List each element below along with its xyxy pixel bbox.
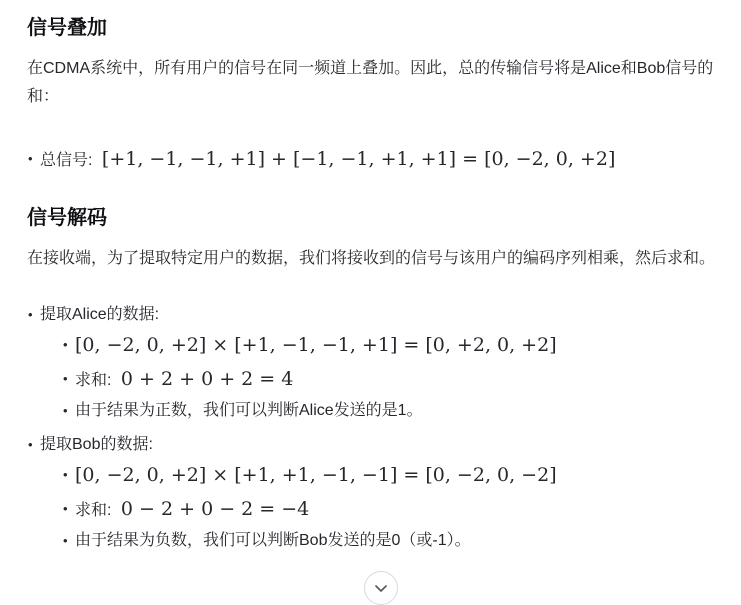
list-item: • [0, −2, 0, +2] × [+1, −1, −1, +1] = [0… xyxy=(62,329,719,363)
math-expression: [0, −2, 0, +2] × [+1, −1, −1, +1] = [0, … xyxy=(75,334,557,356)
list-item: • 求和: 0 − 2 + 0 − 2 = −4 xyxy=(62,493,719,527)
section-heading: 信号解码 xyxy=(27,206,719,230)
list-item: • [0, −2, 0, +2] × [+1, +1, −1, −1] = [0… xyxy=(62,459,719,493)
section-signal-superposition: 信号叠加 在CDMA系统中，所有用户的信号在同一频道上叠加。因此，总的传输信号将… xyxy=(27,16,719,177)
bullet-list: • 总信号: [+1, −1, −1, +1] + [−1, −1, +1, +… xyxy=(27,143,719,177)
paragraph: 在接收端，为了提取特定用户的数据，我们将接收到的信号与该用户的编码序列相乘，然后… xyxy=(27,245,719,273)
bullet-icon: • xyxy=(28,143,33,175)
math-expression: 0 − 2 + 0 − 2 = −4 xyxy=(121,498,309,520)
bullet-icon: • xyxy=(63,527,68,555)
bullet-icon: • xyxy=(63,397,68,425)
section-heading: 信号叠加 xyxy=(27,16,719,40)
chat-message-content: 信号叠加 在CDMA系统中，所有用户的信号在同一频道上叠加。因此，总的传输信号将… xyxy=(0,0,741,555)
section-signal-decoding: 信号解码 在接收端，为了提取特定用户的数据，我们将接收到的信号与该用户的编码序列… xyxy=(27,206,719,555)
bullet-icon: • xyxy=(63,363,68,395)
list-item: • 求和: 0 + 2 + 0 + 2 = 4 xyxy=(62,363,719,397)
nested-bullet-list: • [0, −2, 0, +2] × [+1, +1, −1, −1] = [0… xyxy=(62,459,719,555)
list-item: • 提取Alice的数据: • [0, −2, 0, +2] × [+1, −1… xyxy=(27,301,719,425)
list-item-text: 提取Bob的数据: xyxy=(40,436,153,453)
bullet-icon: • xyxy=(63,493,68,525)
scroll-to-bottom-button[interactable] xyxy=(364,571,398,582)
nested-bullet-list: • [0, −2, 0, +2] × [+1, −1, −1, +1] = [0… xyxy=(62,329,719,425)
paragraph: 在CDMA系统中，所有用户的信号在同一频道上叠加。因此，总的传输信号将是Alic… xyxy=(27,55,719,111)
list-item-label: 求和: xyxy=(75,502,111,519)
bullet-icon: • xyxy=(28,431,33,459)
list-item-label: 总信号: xyxy=(40,152,92,169)
list-item-text: 提取Alice的数据: xyxy=(40,306,159,323)
list-item-label: 求和: xyxy=(75,372,111,389)
bullet-icon: • xyxy=(63,459,68,491)
bullet-icon: • xyxy=(28,301,33,329)
list-item-text: 由于结果为负数，我们可以判断Bob发送的是0（或-1）。 xyxy=(75,532,471,549)
list-item: • 由于结果为正数，我们可以判断Alice发送的是1。 xyxy=(62,397,719,425)
math-expression: [0, −2, 0, +2] × [+1, +1, −1, −1] = [0, … xyxy=(75,464,557,486)
list-item: • 提取Bob的数据: • [0, −2, 0, +2] × [+1, +1, … xyxy=(27,431,719,555)
bullet-list: • 提取Alice的数据: • [0, −2, 0, +2] × [+1, −1… xyxy=(27,301,719,555)
math-expression: 0 + 2 + 0 + 2 = 4 xyxy=(121,368,293,390)
list-item: • 由于结果为负数，我们可以判断Bob发送的是0（或-1）。 xyxy=(62,527,719,555)
bullet-icon: • xyxy=(63,329,68,361)
math-expression: [+1, −1, −1, +1] + [−1, −1, +1, +1] = [0… xyxy=(102,148,615,170)
list-item: • 总信号: [+1, −1, −1, +1] + [−1, −1, +1, +… xyxy=(27,143,719,177)
list-item-text: 由于结果为正数，我们可以判断Alice发送的是1。 xyxy=(75,402,423,419)
